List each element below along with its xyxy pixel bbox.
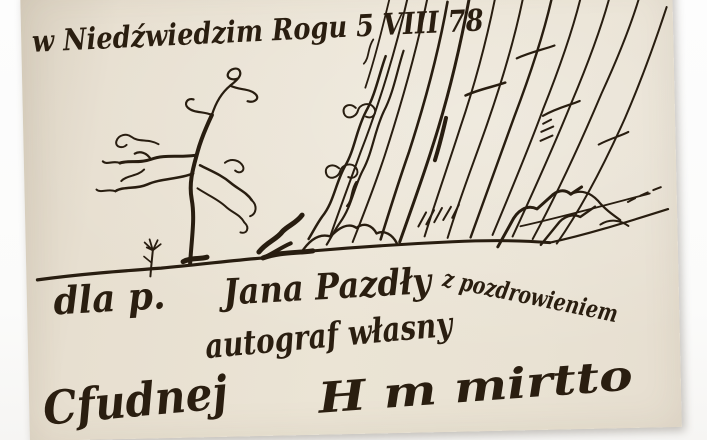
photo-background: w Niedźwiedzim Rogu 5 VIII 78 dla p. Jan…: [0, 0, 707, 440]
sapling-icon: [144, 239, 162, 276]
ink-drawing: w Niedźwiedzim Rogu 5 VIII 78 dla p. Jan…: [20, 0, 682, 440]
pine-tree-icon: [94, 68, 261, 265]
dedication-greeting: z pozdrowieniem: [440, 263, 621, 328]
place-date-inscription: w Niedźwiedzim Rogu 5 VIII 78: [31, 3, 484, 60]
dedication-name: Jana Pazdły: [217, 260, 434, 314]
dedication-prefix: dla p.: [52, 272, 166, 323]
autograph-card: w Niedźwiedzim Rogu 5 VIII 78 dla p. Jan…: [20, 0, 682, 440]
signature-right: H m mirtto: [315, 351, 634, 423]
signature-left: Cfudnej: [41, 365, 230, 436]
autograph-note: autograf własny: [203, 304, 455, 367]
